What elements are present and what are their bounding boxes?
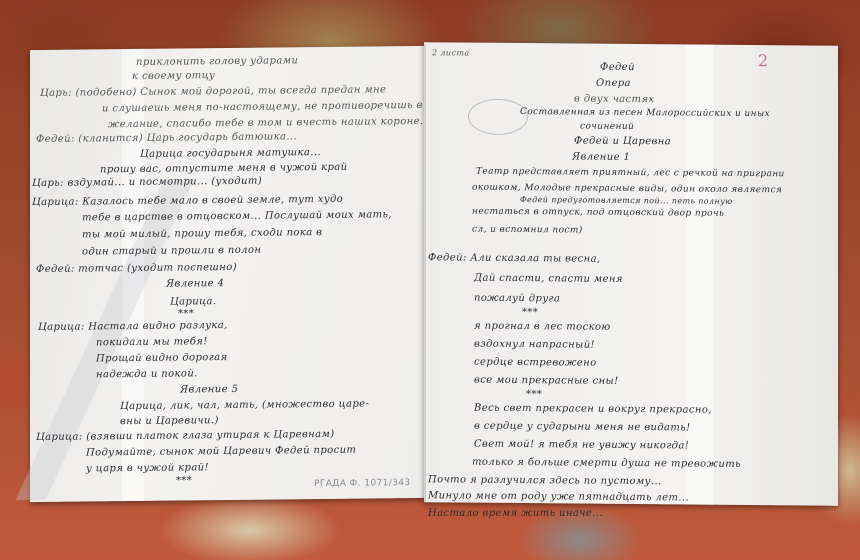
stage-direction: сл, и вспомнил пост) xyxy=(472,225,583,236)
line: вны и Царевичи.) xyxy=(120,415,219,427)
line: один старый и прошли в полон xyxy=(82,245,261,258)
line: Дай спасти, спасти меня xyxy=(474,273,623,285)
page-number: 2 xyxy=(758,51,769,70)
heading: Явление 4 xyxy=(166,278,224,290)
line: у царя в чужой край! xyxy=(86,462,209,474)
line: Царица: Казалось тебе мало в своей земле… xyxy=(32,194,343,208)
stage-direction: окошком, Молодые прекрасные виды, один о… xyxy=(472,183,782,196)
line: вздохнул напрасный! xyxy=(474,339,595,351)
ornament: *** xyxy=(522,307,538,318)
line: Подумайте, сынок мой Царевич Федей проси… xyxy=(86,445,356,459)
heading: Явление 5 xyxy=(180,384,238,396)
line: Царь: (подобено) Сынок мой дорогой, ты в… xyxy=(40,84,386,99)
line: только я больше смерти душа не тревожить xyxy=(472,457,741,470)
corner-note: 2 листа xyxy=(432,48,470,57)
line: Царица: Настала видно разлука, xyxy=(38,320,228,333)
line: Царица государыня матушка... xyxy=(140,147,321,160)
line: приклонить голову ударами xyxy=(136,55,298,68)
line: прошу вас, отпустите меня в чужой край xyxy=(100,162,348,176)
line: Царица, лик, чал, мать, (множество царе- xyxy=(120,399,369,413)
title-line: Федей и Царевна xyxy=(574,136,671,148)
line: сердце встревожено xyxy=(474,357,597,369)
line: Федей: Али сказала ты весна, xyxy=(428,252,601,265)
line: Минуло мне от роду уже пятнадцать лет... xyxy=(428,490,689,503)
manuscript-left-page: приклонить голову ударами к своему отцу … xyxy=(30,46,426,502)
line: ты мой милый, прошу тебя, сходи пока в xyxy=(82,227,322,241)
line: Федей: (кланится) Царь государь батюшка.… xyxy=(36,131,297,145)
line: Свет мой! я тебя не увижу никогда! xyxy=(474,439,689,452)
ornament: *** xyxy=(526,389,542,400)
line: тебе в царстве в отцовском... Послушай м… xyxy=(82,209,392,223)
line: надежда и покой. xyxy=(96,368,198,380)
line: пожалуй друга xyxy=(474,293,560,305)
stage-direction: нестаться в отпуск, под отцовский двор п… xyxy=(472,207,724,219)
title-line: в двух частях xyxy=(574,94,655,106)
library-stamp xyxy=(468,99,528,136)
line: Федей: тотчас (уходит поспешно) xyxy=(36,262,237,275)
line: Царица: (взявши платок глаза утирая к Ца… xyxy=(36,429,335,443)
line: желание, спасибо тебе в том и вчесть наш… xyxy=(108,116,424,130)
line: Настало время жить иначе... xyxy=(428,508,603,519)
title-line: Федей xyxy=(600,62,635,73)
line: Царь: вздумай... и посмотри... (уходит) xyxy=(32,176,262,189)
stage-direction: Театр представляет приятный, лес с речко… xyxy=(476,167,785,180)
ornament: *** xyxy=(176,475,192,486)
line: Прощай видно дорогая xyxy=(96,352,228,364)
line: Весь свет прекрасен и вокруг прекрасно, xyxy=(474,403,712,416)
line: покидали мы тебя! xyxy=(96,336,208,348)
line: в сердце у сударыни меня не видать! xyxy=(474,421,691,434)
line: Царица. xyxy=(170,296,216,307)
archive-stamp: РГАДА Ф. 1071/343 xyxy=(314,478,411,489)
title-line: сочинений xyxy=(580,122,634,132)
stage-direction: Федей предуготовляется пой... петь полну… xyxy=(520,195,733,206)
line: к своему отцу xyxy=(132,70,215,82)
line: и слушаешь меня по-настоящему, не против… xyxy=(102,99,469,114)
ornament: *** xyxy=(178,308,194,319)
line: я прогнал в лес тоскою xyxy=(474,321,611,333)
title-line: Составленная из песен Малороссийских и и… xyxy=(520,107,770,119)
manuscript-right-page: 2 листа 2 Федей Опера в двух частях Сост… xyxy=(424,42,838,506)
page-fold xyxy=(424,44,426,504)
line: Почто я разлучился здесь по пустому... xyxy=(428,474,662,487)
title-line: Опера xyxy=(596,78,631,89)
line: все мои прекрасные сны! xyxy=(474,375,619,387)
title-line: Явление 1 xyxy=(572,151,630,163)
